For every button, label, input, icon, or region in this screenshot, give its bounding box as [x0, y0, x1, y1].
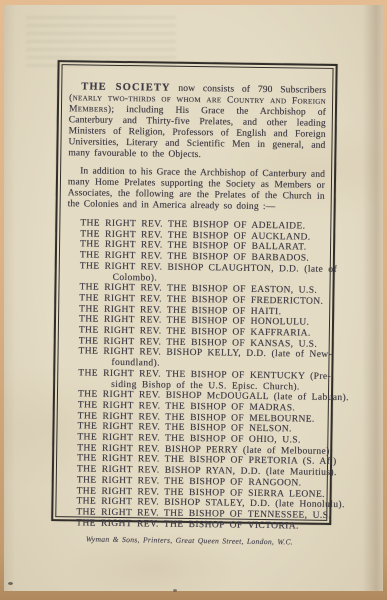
scan-tilt-wrapper: THE SOCIETY now consists of 790 Subscrib… — [0, 2, 386, 593]
prelates-list: THE RIGHT REV. THE BISHOP OF ADELAIDE.TH… — [76, 218, 324, 532]
second-paragraph: In addition to his Grace the Archbishop … — [68, 166, 326, 214]
page-frame-inner-rule: THE SOCIETY now consists of 790 Subscrib… — [55, 64, 333, 521]
intro-paragraph: THE SOCIETY now consists of 790 Subscrib… — [68, 81, 326, 163]
intro-after-lead: now consists of 790 Subscribers — [178, 84, 326, 96]
paper-speck — [8, 582, 13, 585]
paper: THE SOCIETY now consists of 790 Subscrib… — [4, 5, 383, 591]
page-frame: THE SOCIETY now consists of 790 Subscrib… — [51, 60, 337, 525]
paper-speck — [173, 589, 177, 592]
intro-lead: THE SOCIETY — [81, 81, 171, 93]
page-content: THE SOCIETY now consists of 790 Subscrib… — [57, 66, 331, 519]
printer-imprint: Wyman & Sons, Printers, Great Queen Stre… — [0, 533, 379, 547]
scanned-page: THE SOCIETY now consists of 790 Subscrib… — [0, 0, 387, 600]
